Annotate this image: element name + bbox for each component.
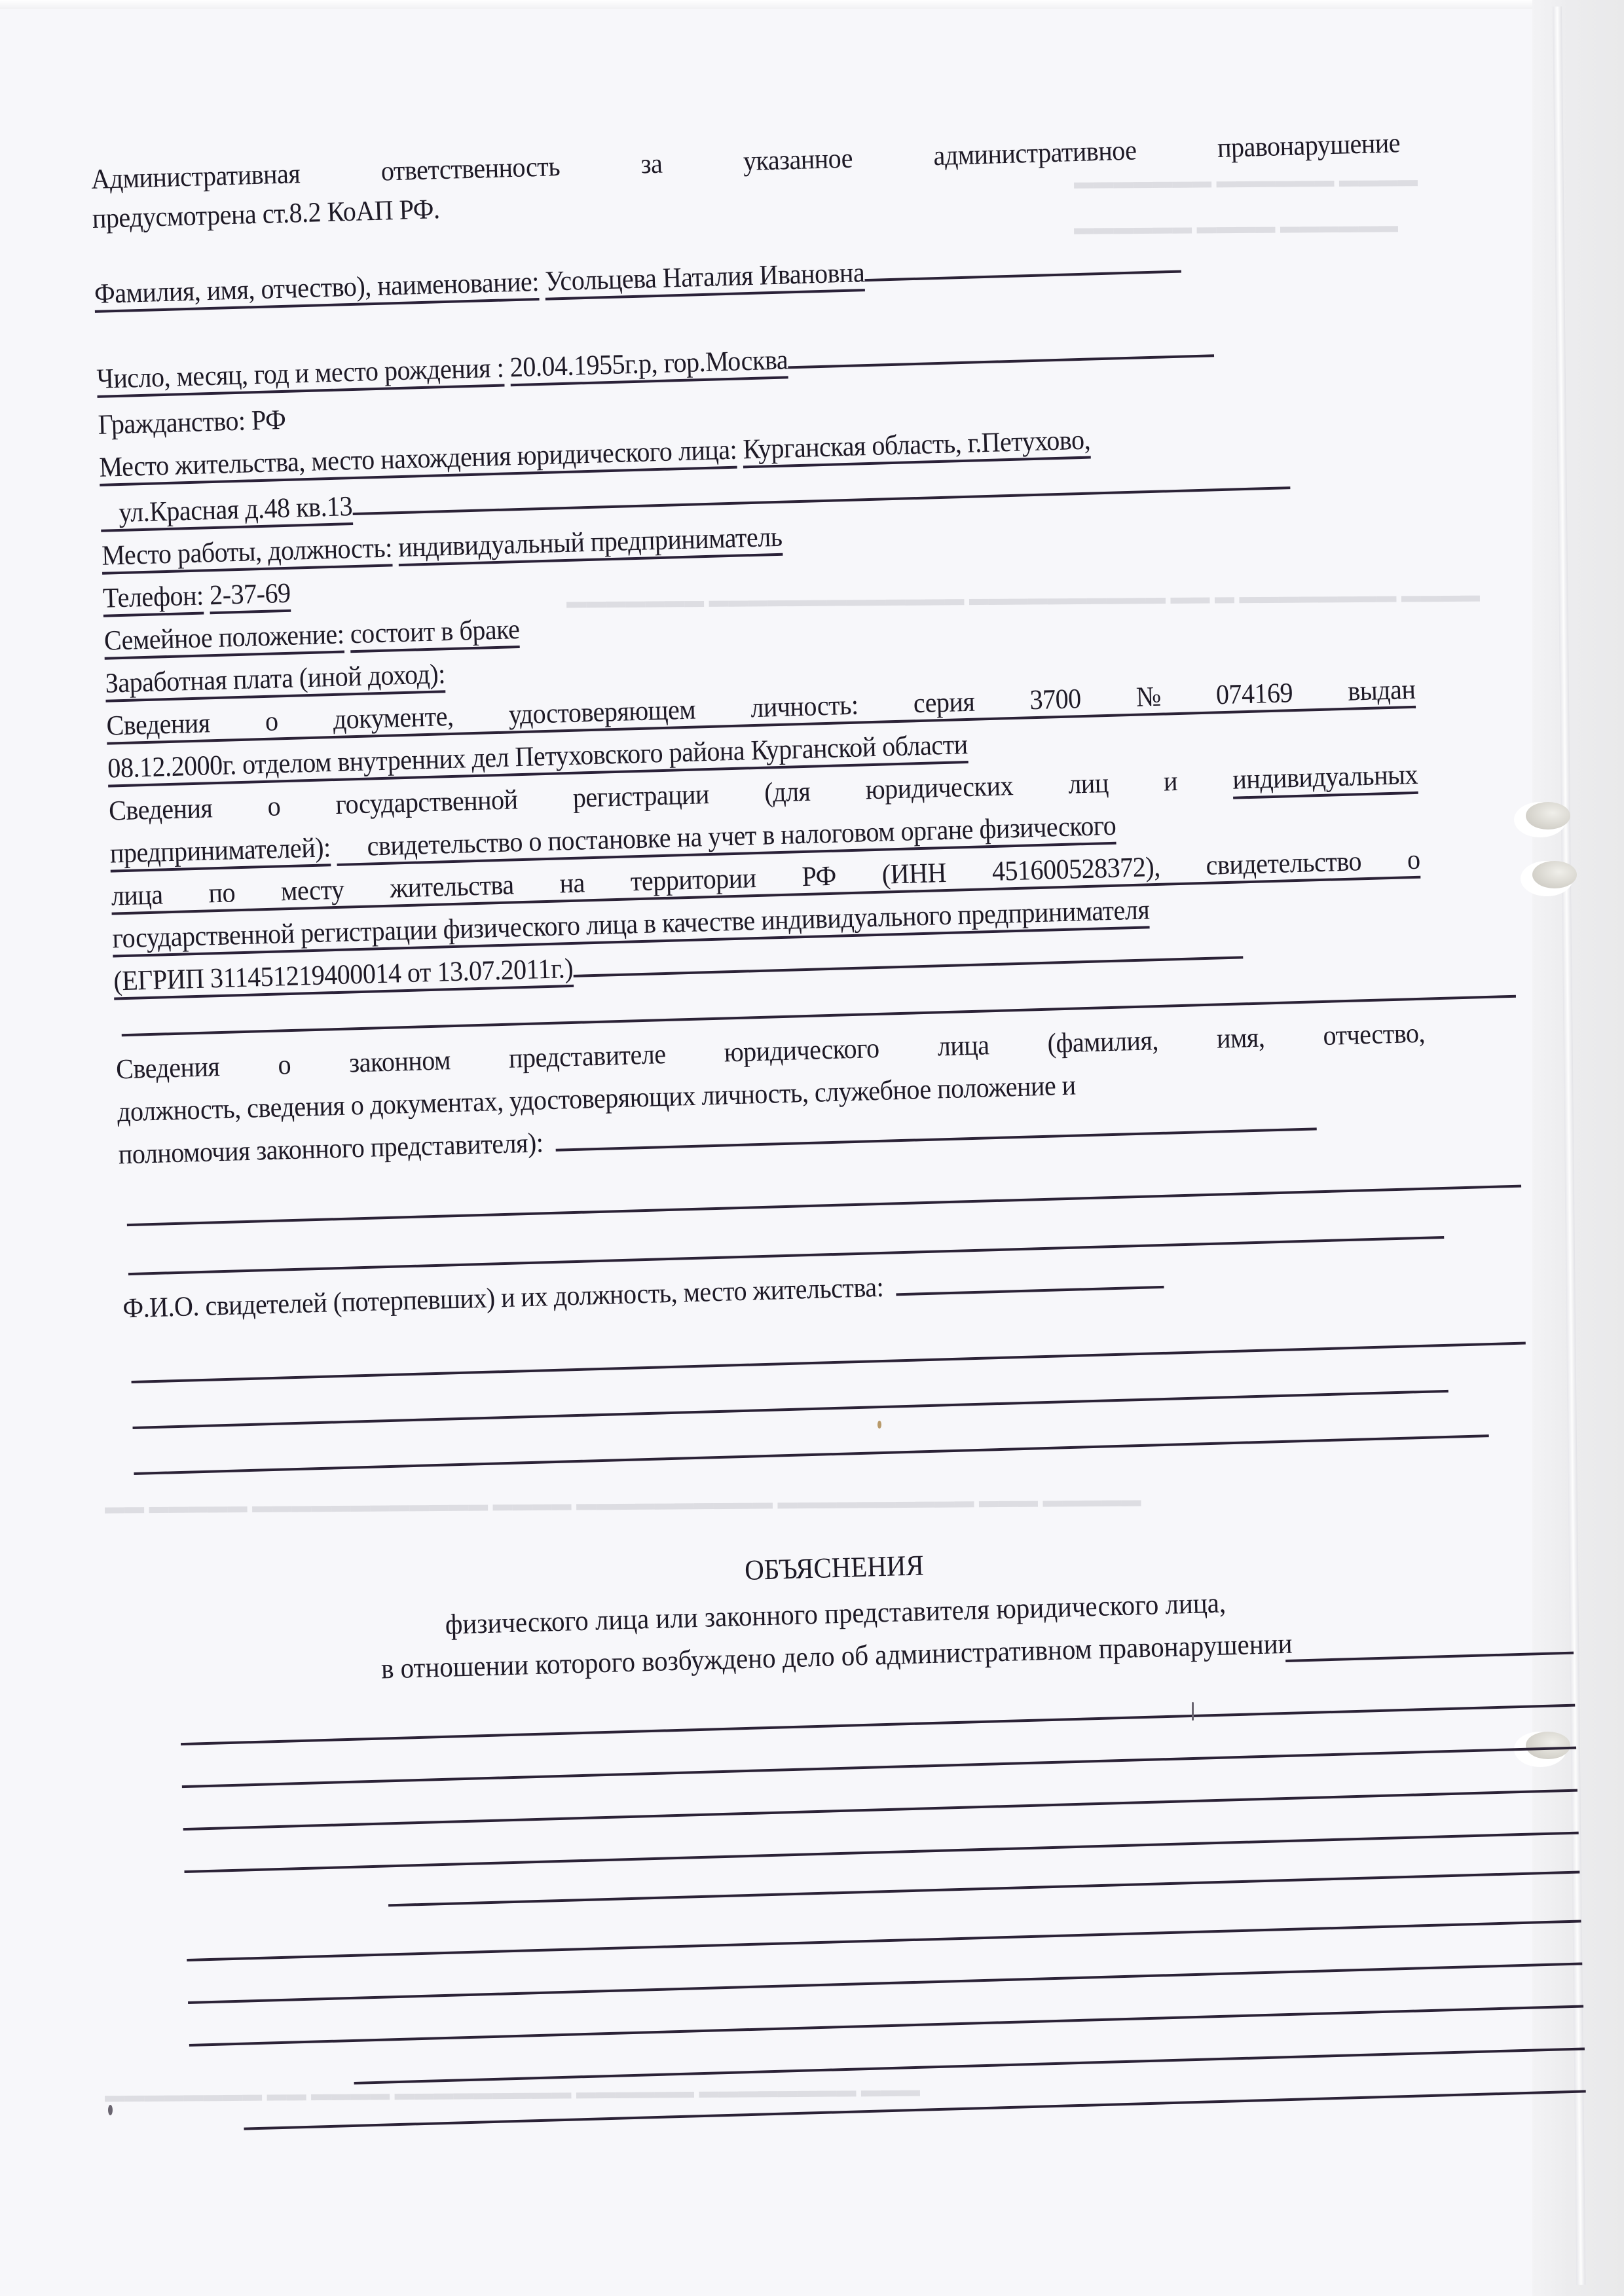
phone-value: 2-37-69 [210, 578, 291, 614]
full-name-value: Усольцева Наталия Ивановна [545, 257, 865, 301]
egrip-number: (ЕГРИП 311451219400014 от 13.07.2011г.) [113, 953, 574, 1000]
word: Сведения [106, 707, 210, 742]
marital-status-label: Семейное положение: [103, 619, 344, 660]
word: юридического [724, 1032, 879, 1069]
explanation-line[interactable] [183, 1789, 1578, 1831]
word: правонарушение [1217, 127, 1400, 164]
word: юридических [865, 770, 1014, 810]
document-body: Административная ответственность за указ… [0, 0, 1624, 2296]
residence-label-part: Место жительства, место нахождения юриди… [99, 435, 737, 486]
word: о [1407, 844, 1420, 877]
word: индивидуальных [1232, 759, 1418, 799]
residence-value-line-1: Курганская область, г.Петухово, [743, 425, 1091, 469]
word: документе, [333, 701, 454, 737]
witnesses-label: Ф.И.О. свидетелей (потерпевших) и их дол… [122, 1272, 884, 1324]
word: месту [280, 874, 344, 908]
birth-label: Число, месяц, год и место рождения : [96, 353, 504, 398]
word: лица [937, 1029, 989, 1063]
word: личность: [750, 689, 859, 725]
explanation-line[interactable] [187, 1920, 1581, 1961]
workplace-value: индивидуальный предприниматель [398, 522, 783, 566]
word: отчество, [1323, 1017, 1426, 1053]
word: Сведения [109, 792, 213, 831]
word: удостоверяющем [508, 694, 696, 731]
word: ответственность [380, 151, 560, 188]
word: о [267, 790, 281, 826]
scan-speck [877, 1421, 881, 1429]
scan-speck [108, 2105, 113, 2115]
passport-series: 3700 [1029, 683, 1081, 717]
word: РФ [802, 860, 837, 894]
workplace-label: Место работы, должность: [101, 532, 393, 574]
explanation-line[interactable] [189, 2005, 1583, 2046]
legal-representative-fill-line [555, 1127, 1316, 1151]
word: о [278, 1049, 291, 1082]
word: Административная [91, 158, 301, 196]
word: свидетельство [1206, 845, 1362, 882]
birth-value: 20.04.1955г.р, гор.Москва [509, 344, 788, 386]
explanation-line[interactable] [181, 1704, 1575, 1745]
passport-number: 074169 [1215, 677, 1293, 712]
full-name-label: Фамилия, имя, отчество), наименование: [94, 266, 540, 313]
witnesses-fill-line [896, 1286, 1164, 1296]
inn-number: 451600528372), [991, 851, 1160, 888]
scan-speck [1192, 1702, 1194, 1721]
citizenship-value: РФ [251, 405, 286, 436]
word: указанное [743, 143, 853, 178]
word: Сведения [116, 1051, 220, 1086]
explanation-line[interactable] [182, 1747, 1576, 1788]
state-registration-label: предпринимателей): [109, 832, 331, 872]
phone-label: Телефон: [103, 580, 204, 617]
blank-line [127, 1185, 1521, 1226]
word: имя, [1216, 1021, 1265, 1055]
word: жительства [390, 869, 514, 905]
word: (фамилия, [1047, 1025, 1159, 1060]
egrip-fill-line [573, 956, 1243, 977]
word: регистрации [572, 778, 710, 818]
word: территории [630, 862, 756, 898]
blank-line [132, 1342, 1526, 1383]
citizenship-label: Гражданство: [98, 406, 246, 441]
word: лица [111, 879, 163, 913]
marital-status-value: состоит в браке [350, 614, 520, 653]
explanation-line[interactable] [354, 2047, 1585, 2084]
witnesses-field: Ф.И.О. свидетелей (потерпевших) и их дол… [122, 1256, 1432, 1325]
residence-value-line-2: ул.Красная д.48 кв.13 [100, 491, 353, 532]
explanation-line[interactable] [188, 1962, 1582, 2003]
word: о [265, 705, 278, 738]
explanation-line[interactable] [244, 2090, 1585, 2130]
word: № [1135, 681, 1161, 714]
income-label: Заработная плата (иной доход): [105, 659, 445, 702]
birth-fill-line [788, 354, 1214, 369]
word: на [559, 867, 585, 900]
explanation-line[interactable] [388, 1871, 1579, 1907]
word: лиц [1068, 767, 1109, 804]
word: и [1163, 765, 1177, 801]
word: за [640, 148, 663, 181]
word: по [208, 877, 236, 910]
word: (для [764, 776, 811, 812]
word: представителе [508, 1038, 666, 1075]
legal-representative-label: полномочия законного представителя): [118, 1127, 544, 1170]
word: административное [933, 134, 1137, 172]
word: серия [913, 686, 975, 720]
word: законном [349, 1044, 451, 1080]
word: выдан [1348, 674, 1416, 708]
blank-line [132, 1390, 1448, 1429]
word: государственной [335, 784, 518, 824]
full-name-fill-line [864, 270, 1181, 282]
full-name-field: Фамилия, имя, отчество), наименование: У… [94, 242, 1403, 310]
word: (ИНН [881, 857, 946, 891]
blank-line [134, 1434, 1488, 1475]
explanation-line[interactable] [184, 1832, 1578, 1873]
